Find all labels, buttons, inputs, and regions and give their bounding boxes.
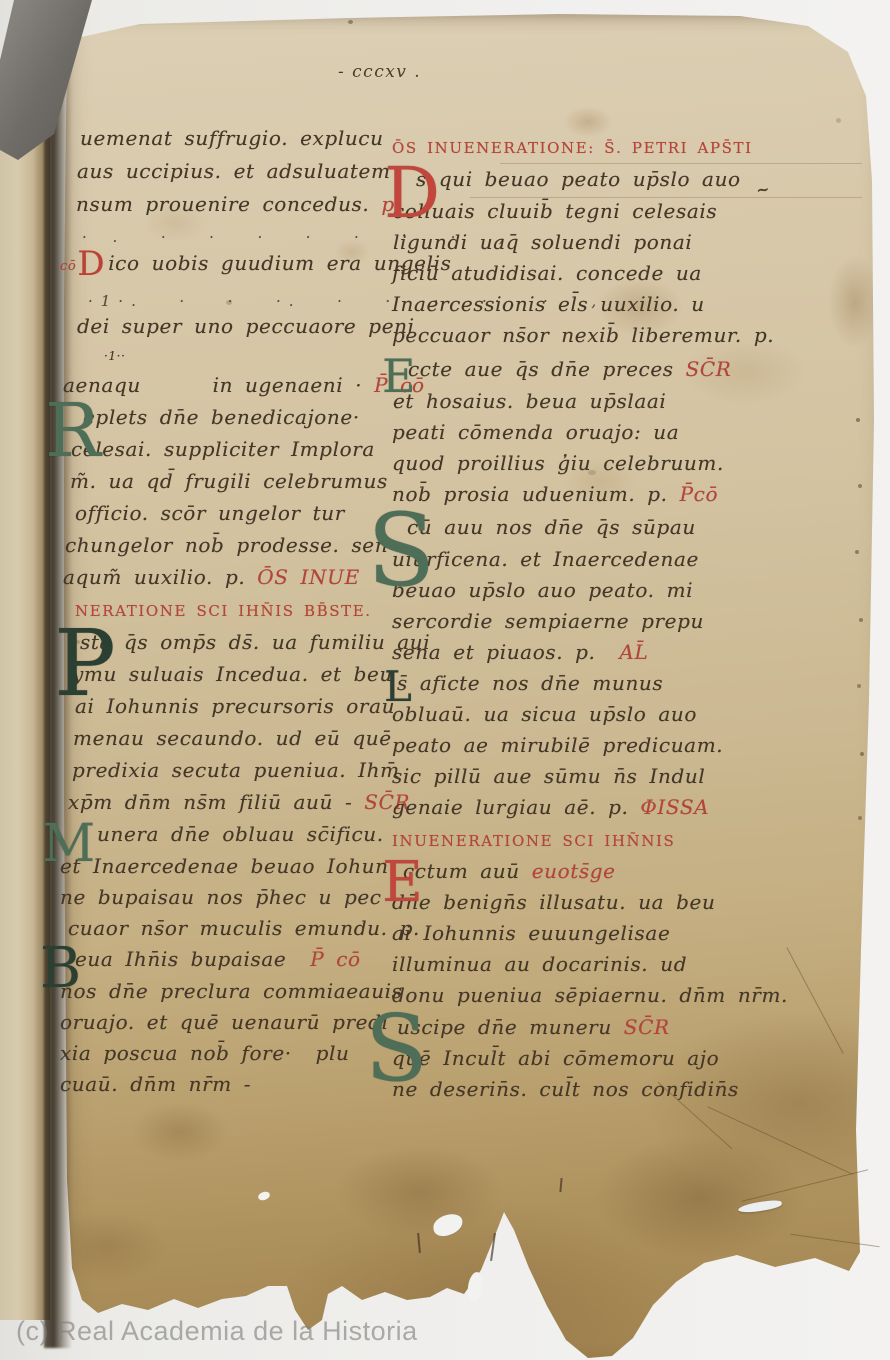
manuscript-line: Scū auu nos dn̄e q̄s sūpau	[407, 514, 696, 540]
manuscript-line: xia poscua nob̄ fore· plu	[60, 1040, 350, 1066]
manuscript-line: Replets dn̄e benedicajone·	[83, 404, 360, 430]
rubric-text: ŌS INUE	[245, 565, 359, 589]
rubric-text: SC̄R	[612, 1015, 670, 1039]
manuscript-line: Ecctum auū euots̄ge	[403, 858, 616, 884]
manuscript-text: aqum̃ uuxilio. p.	[63, 565, 245, 589]
manuscript-text: sena et piuaos. p.	[392, 640, 595, 664]
rubric-text: P̄cō	[668, 482, 718, 506]
manuscript-text: Inaercessionis el̄s uuxilio. u	[392, 292, 705, 316]
illuminated-initial: D	[384, 162, 441, 225]
manuscript-line: peato ae mirubilē predicuam.	[392, 732, 723, 758]
manuscript-line: ymu suluais Incedua. et beu	[72, 661, 393, 687]
manuscript-text: sic pillū aue sūmu n̄s Indul	[392, 764, 705, 788]
manuscript-line: officio. scōr ungelor tur	[75, 500, 345, 526]
manuscript-line: beuao up̄slo auo peato. mi	[392, 577, 693, 603]
manuscript-line: genaie lurgiau aē. p. ΦISSA	[392, 794, 709, 820]
ruled-line	[500, 163, 862, 164]
manuscript-text: uemenat suffrugio. explucu	[80, 126, 384, 150]
manuscript-text: peati cōmenda oruajo: ua	[392, 420, 679, 444]
manuscript-text: menau secaundo. ud eū quē	[73, 726, 392, 750]
rubric-text: euots̄ge	[532, 859, 616, 883]
prick-marks	[856, 418, 860, 422]
manuscript-text: peccuaor ns̄or nexib̄ liberemur. p.	[392, 323, 774, 347]
manuscript-text: cū auu nos dn̄e q̄s sūpau	[407, 515, 696, 539]
illuminated-initial: E	[382, 356, 416, 397]
manuscript-text: et hosaius. beua up̄slaai	[393, 389, 666, 413]
manuscript-text: ai Iohunnis euuungelisae	[392, 921, 670, 945]
manuscript-line: oruajo. et quē uenaurū predi	[60, 1009, 389, 1035]
manuscript-line: uemenat suffrugio. explucu	[80, 125, 384, 151]
manuscript-line: et hosaius. beua up̄slaai	[393, 388, 666, 414]
manuscript-text: colluais cluuib̄ tegni celesais	[393, 199, 717, 223]
manuscript-text: ymu suluais Incedua. et beu	[72, 662, 393, 686]
rubric-text: ŌS INUENERATIONE: S̄. PETRI APS̄TI	[392, 139, 753, 157]
manuscript-line: nsum prouenire concedus. p.	[76, 191, 402, 217]
manuscript-line: ne bupaisau nos p̄hec u pec	[60, 884, 382, 910]
manuscript-line: aus uccipius. et adsuluatem	[77, 158, 391, 184]
folio-number: - cccxv .	[338, 62, 421, 82]
manuscript-text: m̃. ua qd̄ frugili celebrumus	[70, 469, 388, 493]
manuscript-line: NERATIONE SCI IHN̄IS BB̄STE.	[75, 596, 372, 624]
manuscript-text: sercordie sempiaerne prepu	[392, 609, 704, 633]
manuscript-text: nos dn̄e preclura commiaeauis	[60, 979, 403, 1003]
manuscript-text: genaie lurgiau aē. p.	[392, 795, 628, 819]
manuscript-line: ne deserin̄s. cul̄t nos confidin̄s	[392, 1076, 739, 1102]
manuscript-line: donu pueniua sēpiaernu. dn̄m nr̄m.	[392, 982, 788, 1008]
manuscript-text: obluaū. ua sicua up̄slo auo	[392, 702, 697, 726]
manuscript-line: ·1··	[104, 340, 125, 369]
manuscript-line: colluais cluuib̄ tegni celesais	[393, 198, 717, 224]
manuscript-line: ficiū atudidisai. concede ua	[392, 260, 702, 286]
manuscript-text: quē Incul̄t abi cōmemoru ajo	[392, 1046, 719, 1070]
rubric-text: ΦISSA	[628, 795, 709, 819]
manuscript-text: sta q̄s omp̄s ds̄. ua fumiliu aui	[80, 630, 430, 654]
illuminated-initial: B	[40, 944, 82, 994]
manuscript-line: ŌS INUENERATIONE: S̄. PETRI APS̄TI	[392, 133, 753, 161]
manuscript-line: sercordie sempiaerne prepu	[392, 608, 704, 634]
rubric-text: D	[77, 244, 105, 284]
manuscript-text: cuaū. dn̄m nr̄m -	[60, 1072, 251, 1096]
manuscript-text: s̄ qui beuao peato up̄slo auo	[416, 167, 741, 191]
manuscript-text: ·1··	[104, 349, 125, 363]
manuscript-text: peato ae mirubilē predicuam.	[392, 733, 723, 757]
manuscript-line: obluaū. ua sicua up̄slo auo	[392, 701, 697, 727]
manuscript-line: dn̄e benign̄s illusatu. ua beu	[392, 889, 715, 915]
manuscript-line: Beua Ihn̄is bupaisae P̄ cō	[75, 946, 361, 972]
manuscript-line: Ds̄ qui beuao peato up̄slo auo	[416, 166, 741, 192]
rubric-text: P̄ cō	[286, 947, 360, 971]
manuscript-text: unera dn̄e obluau sc̄ificu.	[97, 822, 384, 846]
rubric-text: AL̄	[595, 640, 648, 664]
manuscript-text: xp̄m dn̄m ns̄m filiū auū -	[68, 790, 352, 814]
manuscript-line: m̃. ua qd̄ frugili celebrumus	[70, 468, 388, 494]
watermark: (c) Real Academia de la Historia	[16, 1316, 418, 1347]
ink-speck	[348, 20, 353, 24]
manuscript-text: oruajo. et quē uenaurū predi	[60, 1010, 389, 1034]
manuscript-text: uiurficena. et Inaercedenae	[392, 547, 699, 571]
manuscript-line: sena et piuaos. p. AL̄	[392, 639, 648, 665]
manuscript-text: et Inaercedenae beuao Iohun	[60, 854, 389, 878]
manuscript-text: ne bupaisau nos p̄hec u pec	[60, 885, 382, 909]
manuscript-text: cuaor ns̄or muculis emundu. p.	[68, 916, 420, 940]
manuscript-line: Inaercessionis el̄s uuxilio. u	[392, 291, 705, 317]
manuscript-line: xp̄m dn̄m ns̄m filiū auū - SC̄R	[68, 789, 410, 815]
manuscript-text: ccte aue q̄s dn̄e preces	[408, 357, 674, 381]
manuscript-line: dei super uno peccuaore peni	[77, 313, 415, 339]
manuscript-text: aenaqu in ugenaeni ·	[63, 373, 362, 397]
manuscript-line: peati cōmenda oruajo: ua	[392, 419, 679, 445]
manuscript-line: predixia secuta pueniua. Ihm̄	[72, 757, 400, 783]
manuscript-line: chungelor nob̄ prodesse. sen	[65, 532, 388, 558]
manuscript-text: celesai. suppliciter Implora	[71, 437, 375, 461]
rubric-text: INUENERATIONE SCI IHN̄NIS	[392, 832, 675, 850]
manuscript-text: predixia secuta pueniua. Ihm̄	[72, 758, 400, 782]
ink-speck	[836, 118, 841, 123]
illuminated-initial: M	[42, 821, 96, 868]
manuscript-text: ai Iohunnis precursoris orau	[75, 694, 395, 718]
manuscript-line: celesai. suppliciter Implora	[71, 436, 375, 462]
illuminated-initial: S	[365, 1008, 429, 1091]
margin-mark: ~	[755, 179, 771, 200]
manuscript-line: aqum̃ uuxilio. p. ŌS INUE	[63, 564, 360, 590]
manuscript-line: peccuaor ns̄or nexib̄ liberemur. p.	[392, 322, 774, 348]
illuminated-initial: P	[54, 623, 117, 706]
rubric-text: cō	[60, 259, 76, 274]
manuscript-text: nsum prouenire concedus.	[76, 192, 369, 216]
manuscript-text: illuminua au docarinis. ud	[392, 952, 687, 976]
manuscript-line: nos dn̄e preclura commiaeauis	[60, 978, 403, 1004]
manuscript-line: quē Incul̄t abi cōmemoru ajo	[392, 1045, 719, 1071]
manuscript-text: eua Ihn̄is bupaisae	[75, 947, 286, 971]
manuscript-line: cuaor ns̄or muculis emundu. p.	[68, 915, 420, 941]
illuminated-initial: E	[382, 858, 423, 908]
manuscript-line: Eccte aue q̄s dn̄e preces SC̄R	[408, 356, 731, 382]
manuscript-text: officio. scōr ungelor tur	[75, 501, 345, 525]
manuscript-line: ai Iohunnis euuungelisae	[392, 920, 670, 946]
manuscript-text: dn̄e benign̄s illusatu. ua beu	[392, 890, 715, 914]
manuscript-text: beuao up̄slo auo peato. mi	[392, 578, 693, 602]
manuscript-line: menau secaundo. ud eū quē	[73, 725, 392, 751]
manuscript-line: nob̄ prosia uduenium. p. P̄cō	[392, 481, 718, 507]
manuscript-line: quod proillius g̓iu celebruum.	[392, 450, 724, 476]
manuscript-text: quod proillius g̓iu celebruum.	[392, 451, 724, 475]
manuscript-text: xia poscua nob̄ fore· plu	[60, 1041, 350, 1065]
manuscript-text: uscipe dn̄e muneru	[397, 1015, 612, 1039]
manuscript-text: aus uccipius. et adsuluatem	[77, 159, 391, 183]
manuscript-line: sic pillū aue sūmu n̄s Indul	[392, 763, 705, 789]
illuminated-initial: L	[384, 668, 413, 706]
illuminated-initial: S	[367, 506, 436, 596]
facing-page-edge	[0, 55, 50, 1320]
rubric-text: SC̄R	[674, 357, 732, 381]
manuscript-line: aenaqu in ugenaeni · P̄ cō	[63, 372, 425, 398]
manuscript-line: cuaū. dn̄m nr̄m -	[60, 1071, 251, 1097]
manuscript-line: INUENERATIONE SCI IHN̄NIS	[392, 826, 675, 854]
rubric-text: NERATIONE SCI IHN̄IS BB̄STE.	[75, 602, 372, 620]
illuminated-initial: R	[45, 398, 101, 465]
manuscript-line: uiurficena. et Inaercedenae	[392, 546, 699, 572]
manuscript-line: Munera dn̄e obluau sc̄ificu.	[97, 821, 384, 847]
manuscript-text: ficiū atudidisai. concede ua	[392, 261, 702, 285]
manuscript-line: et Inaercedenae beuao Iohun	[60, 853, 389, 879]
manuscript-text: chungelor nob̄ prodesse. sen	[65, 533, 388, 557]
manuscript-line: ai Iohunnis precursoris orau	[75, 693, 395, 719]
manuscript-line: Suscipe dn̄e muneru SC̄R	[397, 1014, 670, 1040]
manuscript-line: Psta q̄s omp̄s ds̄. ua fumiliu aui	[80, 629, 430, 655]
manuscript-line: illuminua au docarinis. ud	[392, 951, 687, 977]
manuscript-line: Ls̄ aficte nos dn̄e munus	[397, 670, 663, 696]
manuscript-text: dei super uno peccuaore peni	[77, 314, 415, 338]
manuscript-text: donu pueniua sēpiaernu. dn̄m nr̄m.	[392, 983, 788, 1007]
manuscript-text: ne deserin̄s. cul̄t nos confidin̄s	[392, 1077, 739, 1101]
manuscript-text: s̄ aficte nos dn̄e munus	[397, 671, 663, 695]
manuscript-text: eplets dn̄e benedicajone·	[83, 405, 360, 429]
